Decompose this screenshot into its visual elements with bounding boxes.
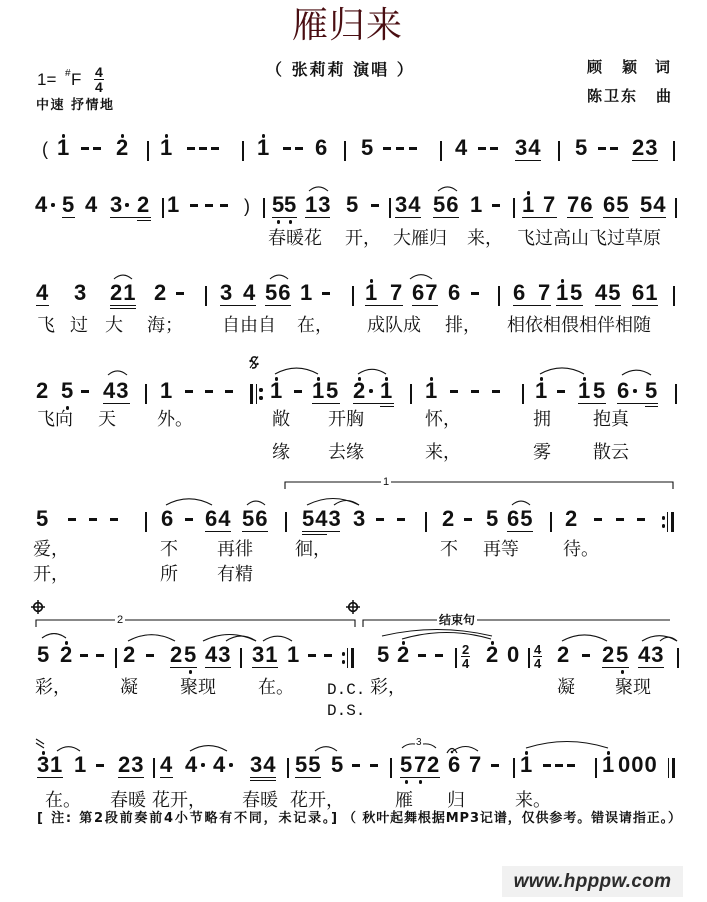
underline bbox=[110, 217, 151, 219]
underline bbox=[507, 531, 533, 533]
note: 5 bbox=[37, 644, 50, 666]
lyric: 凝 bbox=[120, 678, 138, 698]
note: 1 bbox=[257, 137, 270, 159]
underline bbox=[62, 217, 75, 219]
dash bbox=[616, 518, 624, 521]
note: 1 bbox=[74, 754, 87, 776]
high-octave-dot bbox=[358, 377, 361, 380]
double-underline bbox=[302, 534, 327, 536]
lyric: 在， bbox=[297, 316, 333, 336]
repeat-end-thin-bar bbox=[347, 648, 348, 668]
note: 2 bbox=[602, 644, 615, 666]
note: 6 bbox=[513, 282, 526, 304]
dash bbox=[211, 147, 219, 150]
barline bbox=[389, 198, 391, 218]
dash bbox=[555, 764, 563, 767]
dash bbox=[370, 764, 378, 767]
time-change-denominator: 4 bbox=[462, 657, 469, 669]
time-signature-change: 44 bbox=[533, 644, 542, 669]
low-octave-dot bbox=[189, 670, 192, 673]
augmentation-dot bbox=[201, 763, 204, 766]
dash bbox=[187, 147, 195, 150]
parenthesis: ( bbox=[42, 138, 49, 160]
underline bbox=[250, 777, 276, 779]
note: 2 bbox=[123, 644, 136, 666]
low-octave-dot bbox=[277, 220, 280, 223]
note: 4 bbox=[35, 194, 48, 216]
note: 2 bbox=[154, 282, 167, 304]
note: 3 bbox=[353, 508, 366, 530]
dash bbox=[220, 204, 228, 207]
underline bbox=[302, 531, 340, 533]
slur bbox=[315, 747, 337, 751]
note: 5 bbox=[326, 380, 339, 402]
barline bbox=[115, 648, 117, 668]
dash bbox=[594, 518, 602, 521]
note: 5 bbox=[36, 508, 49, 530]
note: 1 bbox=[425, 380, 438, 402]
dash bbox=[492, 204, 500, 207]
note: 2 bbox=[116, 137, 129, 159]
dash bbox=[324, 654, 332, 657]
lyric: 花开， bbox=[290, 791, 344, 811]
note: 6 bbox=[448, 282, 461, 304]
barline bbox=[145, 384, 147, 404]
underline bbox=[638, 667, 664, 669]
note: 5 bbox=[486, 508, 499, 530]
slur bbox=[512, 501, 530, 505]
dash bbox=[409, 147, 417, 150]
note: 7 bbox=[543, 194, 556, 216]
lyric: 大雁归 bbox=[393, 229, 447, 249]
double-underline bbox=[110, 308, 136, 310]
dash bbox=[471, 390, 479, 393]
note: 2 bbox=[137, 194, 150, 216]
note: 76 bbox=[567, 194, 593, 216]
barline bbox=[410, 384, 412, 404]
lyric: 春暖花 bbox=[268, 229, 322, 249]
volta-bracket bbox=[285, 482, 673, 489]
lyric: 凝 bbox=[557, 678, 575, 698]
note: 23 bbox=[632, 137, 658, 159]
lyric: 在。 bbox=[45, 791, 81, 811]
note: 2 bbox=[353, 380, 366, 402]
note: 1 bbox=[380, 380, 393, 402]
lyric: 抱真 bbox=[593, 410, 629, 430]
note: 5 bbox=[284, 194, 297, 216]
high-octave-dot bbox=[402, 641, 405, 644]
note: 2 bbox=[565, 508, 578, 530]
note: 64 bbox=[205, 508, 231, 530]
dash bbox=[185, 390, 193, 393]
high-octave-dot bbox=[607, 751, 610, 754]
dash bbox=[96, 654, 104, 657]
volta-number: 1 bbox=[381, 476, 391, 488]
dash bbox=[396, 147, 404, 150]
barline bbox=[390, 758, 392, 778]
underline bbox=[110, 305, 136, 307]
note: 4 bbox=[213, 754, 226, 776]
note: 31 bbox=[252, 644, 278, 666]
dash bbox=[610, 147, 618, 150]
slur bbox=[453, 747, 478, 752]
dash bbox=[96, 764, 104, 767]
repeat-end-thick-bar bbox=[671, 512, 674, 532]
note: 2 bbox=[36, 380, 49, 402]
lyric: 春暖 bbox=[242, 791, 278, 811]
dash bbox=[376, 518, 384, 521]
ending-bracket bbox=[363, 620, 670, 627]
underline bbox=[400, 777, 440, 779]
underline bbox=[578, 403, 606, 405]
note: 2 bbox=[486, 644, 499, 666]
underline bbox=[602, 667, 629, 669]
lyric: 彩， bbox=[35, 678, 71, 698]
underline bbox=[305, 217, 330, 219]
sheet-music-page: 雁归来 （ 张莉莉 演唱 ） 1= # F 4 4 中速 抒情地 顾 颖 词 陈… bbox=[0, 0, 707, 902]
note: 54 bbox=[640, 194, 666, 216]
lyric: 排， bbox=[445, 316, 481, 336]
barline bbox=[673, 141, 675, 161]
underline bbox=[118, 777, 144, 779]
high-octave-dot bbox=[540, 377, 543, 380]
barline bbox=[263, 198, 265, 218]
note: 543 bbox=[302, 508, 342, 530]
dash bbox=[383, 147, 391, 150]
dash bbox=[308, 654, 316, 657]
lyric: 天 bbox=[98, 410, 116, 430]
volta-bracket bbox=[36, 620, 355, 627]
slur bbox=[358, 369, 386, 374]
note: 43 bbox=[638, 644, 664, 666]
repeat-dot bbox=[259, 396, 262, 399]
note: 67 bbox=[412, 282, 438, 304]
slur bbox=[540, 368, 584, 374]
lyric: 雁 bbox=[395, 791, 413, 811]
note: 1 bbox=[556, 282, 569, 304]
time-change-denominator: 4 bbox=[534, 657, 541, 669]
lyric: 归 bbox=[447, 791, 465, 811]
ending-label: 结束句 bbox=[437, 613, 477, 627]
dash bbox=[450, 390, 458, 393]
dash bbox=[68, 518, 76, 521]
barline bbox=[455, 648, 457, 668]
note: 34 bbox=[395, 194, 421, 216]
note: 1 bbox=[522, 194, 535, 216]
barline bbox=[498, 286, 500, 306]
note: 65 bbox=[507, 508, 533, 530]
underline bbox=[36, 305, 49, 307]
note: 1 bbox=[365, 282, 378, 304]
lyric: 春暖 bbox=[110, 791, 146, 811]
slur bbox=[263, 636, 292, 641]
underline bbox=[513, 305, 551, 307]
barline bbox=[558, 141, 560, 161]
repeat-start-thick-bar bbox=[250, 384, 253, 404]
note: 0 bbox=[507, 644, 520, 666]
dash bbox=[295, 147, 303, 150]
augmentation-dot bbox=[125, 203, 128, 206]
augmentation-dot bbox=[229, 763, 232, 766]
note: 45 bbox=[595, 282, 621, 304]
dash bbox=[491, 764, 499, 767]
slur bbox=[307, 499, 359, 506]
underline bbox=[103, 403, 130, 405]
underline bbox=[252, 667, 278, 669]
dash bbox=[205, 390, 213, 393]
underline bbox=[632, 305, 658, 307]
note: 56 bbox=[265, 282, 291, 304]
underline bbox=[242, 531, 268, 533]
underline bbox=[160, 777, 173, 779]
dash bbox=[185, 518, 193, 521]
note: 7 bbox=[469, 754, 482, 776]
note: 5 bbox=[645, 380, 658, 402]
note: 4 bbox=[160, 754, 173, 776]
dash bbox=[225, 390, 233, 393]
barline bbox=[287, 758, 289, 778]
dash bbox=[637, 518, 645, 521]
barline bbox=[205, 286, 207, 306]
lyric: 花开， bbox=[152, 791, 206, 811]
underline bbox=[265, 305, 291, 307]
note: 5 bbox=[184, 644, 197, 666]
slur bbox=[642, 636, 677, 641]
lyric: 相依相偎相伴相随 bbox=[507, 316, 651, 336]
repeat-dot bbox=[662, 516, 665, 519]
underline bbox=[365, 305, 403, 307]
repeat-end-thick-bar bbox=[351, 648, 354, 668]
dash bbox=[176, 292, 184, 295]
dash bbox=[557, 390, 565, 393]
high-octave-dot bbox=[275, 377, 278, 380]
lyric: 不 bbox=[440, 540, 458, 560]
high-octave-dot bbox=[430, 377, 433, 380]
note: 6 bbox=[161, 508, 174, 530]
note: 2 bbox=[170, 644, 183, 666]
dash bbox=[81, 390, 89, 393]
note: 1 bbox=[520, 754, 533, 776]
underline bbox=[617, 403, 658, 405]
repeat-start-thin-bar bbox=[256, 384, 257, 404]
lyric: 来， bbox=[425, 443, 461, 463]
underline bbox=[412, 305, 438, 307]
note: 2 bbox=[60, 644, 73, 666]
dash bbox=[322, 292, 330, 295]
lyric: 彩， bbox=[370, 678, 406, 698]
dash bbox=[205, 204, 213, 207]
double-underline bbox=[137, 220, 151, 222]
barline bbox=[440, 141, 442, 161]
note: 000 bbox=[618, 754, 658, 776]
high-octave-dot bbox=[491, 641, 494, 644]
dash bbox=[567, 764, 575, 767]
slur bbox=[622, 370, 651, 375]
dash bbox=[89, 518, 97, 521]
barline bbox=[352, 286, 354, 306]
slur bbox=[309, 187, 328, 191]
dash bbox=[352, 764, 360, 767]
lyric: 不 bbox=[160, 540, 178, 560]
underline bbox=[353, 403, 394, 405]
repeat-end-thin-bar bbox=[667, 512, 668, 532]
double-underline bbox=[250, 780, 276, 782]
underline bbox=[595, 305, 621, 307]
parenthesis: ) bbox=[244, 195, 251, 217]
time-signature-change: 24 bbox=[461, 644, 470, 669]
slur bbox=[114, 275, 132, 279]
repeat-dot bbox=[342, 652, 345, 655]
note: 1 bbox=[160, 380, 173, 402]
note: 1 bbox=[578, 380, 591, 402]
underline bbox=[522, 217, 557, 219]
barline bbox=[595, 758, 597, 778]
triplet-number: 3 bbox=[416, 738, 422, 748]
barline bbox=[513, 198, 515, 218]
augmentation-dot bbox=[51, 203, 54, 206]
slur bbox=[247, 501, 265, 505]
lyric: 散云 bbox=[593, 443, 629, 463]
dash bbox=[283, 147, 291, 150]
lyric: 来， bbox=[467, 229, 503, 249]
underline bbox=[312, 403, 340, 405]
dash bbox=[80, 654, 88, 657]
transcription-note: [ 注: 第2段前奏前4小节略有不同，未记录。] bbox=[37, 811, 339, 827]
high-octave-dot bbox=[62, 134, 65, 137]
underline bbox=[295, 777, 321, 779]
note: 5 bbox=[575, 137, 588, 159]
underline bbox=[515, 160, 541, 162]
lyric: 成队成 bbox=[367, 316, 421, 336]
note: 1 bbox=[57, 137, 70, 159]
slur bbox=[334, 501, 359, 506]
underline bbox=[640, 217, 666, 219]
watermark-text: www.hpppw.com bbox=[514, 871, 672, 893]
segno-icon bbox=[249, 360, 251, 362]
dash bbox=[543, 764, 551, 767]
note: 7 bbox=[390, 282, 403, 304]
repeat-instruction: D.C. bbox=[327, 680, 365, 700]
lyric: 来。 bbox=[515, 791, 551, 811]
augmentation-dot bbox=[633, 389, 636, 392]
lyric: 敞 bbox=[272, 410, 290, 430]
triplet-bracket bbox=[423, 744, 436, 748]
lyric: 开， bbox=[33, 565, 69, 585]
final-thick-bar bbox=[672, 758, 675, 778]
barline bbox=[344, 141, 346, 161]
lyric: 所 bbox=[160, 565, 178, 585]
high-octave-dot bbox=[262, 134, 265, 137]
note: 4 bbox=[85, 194, 98, 216]
dash bbox=[199, 147, 207, 150]
barline bbox=[513, 758, 515, 778]
note: 1 bbox=[300, 282, 313, 304]
high-octave-dot bbox=[42, 751, 45, 754]
note: 3 bbox=[220, 282, 233, 304]
note: 56 bbox=[433, 194, 459, 216]
lyric: 徊， bbox=[295, 540, 331, 560]
dash bbox=[598, 147, 606, 150]
lyric: 雾 bbox=[533, 443, 551, 463]
lyric: 外。 bbox=[157, 410, 193, 430]
underline bbox=[395, 217, 421, 219]
lyric: 飞 bbox=[37, 316, 55, 336]
volta-number: 2 bbox=[115, 614, 125, 626]
barline bbox=[675, 384, 677, 404]
note: 4 bbox=[185, 754, 198, 776]
note: 1 bbox=[535, 380, 548, 402]
dash bbox=[582, 654, 590, 657]
high-octave-dot bbox=[561, 279, 564, 282]
lyric: 自由自 bbox=[222, 316, 276, 336]
lyric: 缘 bbox=[272, 443, 290, 463]
dash bbox=[418, 654, 426, 657]
lyric: 飞过高山飞过草原 bbox=[517, 229, 661, 249]
note: 1 bbox=[287, 644, 300, 666]
note: 1 bbox=[602, 754, 615, 776]
note: 34 bbox=[250, 754, 276, 776]
dash bbox=[110, 518, 118, 521]
note: 4 bbox=[243, 282, 256, 304]
note: 5 bbox=[593, 380, 606, 402]
barline bbox=[147, 141, 149, 161]
lyric: 去缘 bbox=[328, 443, 364, 463]
note: 6 bbox=[617, 380, 630, 402]
lyric: 待。 bbox=[563, 540, 599, 560]
note: 5 bbox=[361, 137, 374, 159]
barline bbox=[285, 512, 287, 532]
lyric: 飞向 bbox=[37, 410, 73, 430]
final-thin-bar bbox=[668, 758, 669, 778]
high-octave-dot bbox=[525, 751, 528, 754]
note: 3 bbox=[37, 754, 50, 776]
low-octave-dot bbox=[289, 220, 292, 223]
slur bbox=[42, 634, 66, 638]
high-octave-dot bbox=[385, 377, 388, 380]
dash bbox=[190, 204, 198, 207]
note: 1 bbox=[312, 380, 325, 402]
triplet-bracket bbox=[402, 744, 415, 748]
lyric: 怀， bbox=[425, 410, 461, 430]
underline bbox=[220, 305, 256, 307]
high-octave-dot bbox=[317, 377, 320, 380]
dash bbox=[146, 654, 154, 657]
transcriber-credit: （ 秋叶起舞根据MP3记谱，仅供参考。错误请指正。） bbox=[343, 811, 682, 827]
note: 43 bbox=[103, 380, 129, 402]
lyric: 大 bbox=[105, 316, 123, 336]
note: 23 bbox=[118, 754, 144, 776]
note: 2 bbox=[397, 644, 410, 666]
note: 43 bbox=[205, 644, 231, 666]
barline bbox=[528, 648, 530, 668]
note: 56 bbox=[242, 508, 268, 530]
note: 5 bbox=[377, 644, 390, 666]
note: 34 bbox=[515, 137, 541, 159]
note: 2 bbox=[557, 644, 570, 666]
note: 4 bbox=[455, 137, 468, 159]
low-octave-dot bbox=[621, 670, 624, 673]
lyric: 再徘 bbox=[217, 540, 253, 560]
dash bbox=[471, 292, 479, 295]
slur bbox=[190, 746, 227, 751]
lyric: 聚现 bbox=[180, 678, 216, 698]
underline bbox=[433, 217, 459, 219]
double-underline bbox=[645, 406, 658, 408]
note: 65 bbox=[603, 194, 629, 216]
underline bbox=[272, 217, 297, 219]
lyric: 开， bbox=[345, 229, 381, 249]
repeat-instruction: D.S. bbox=[327, 701, 365, 721]
